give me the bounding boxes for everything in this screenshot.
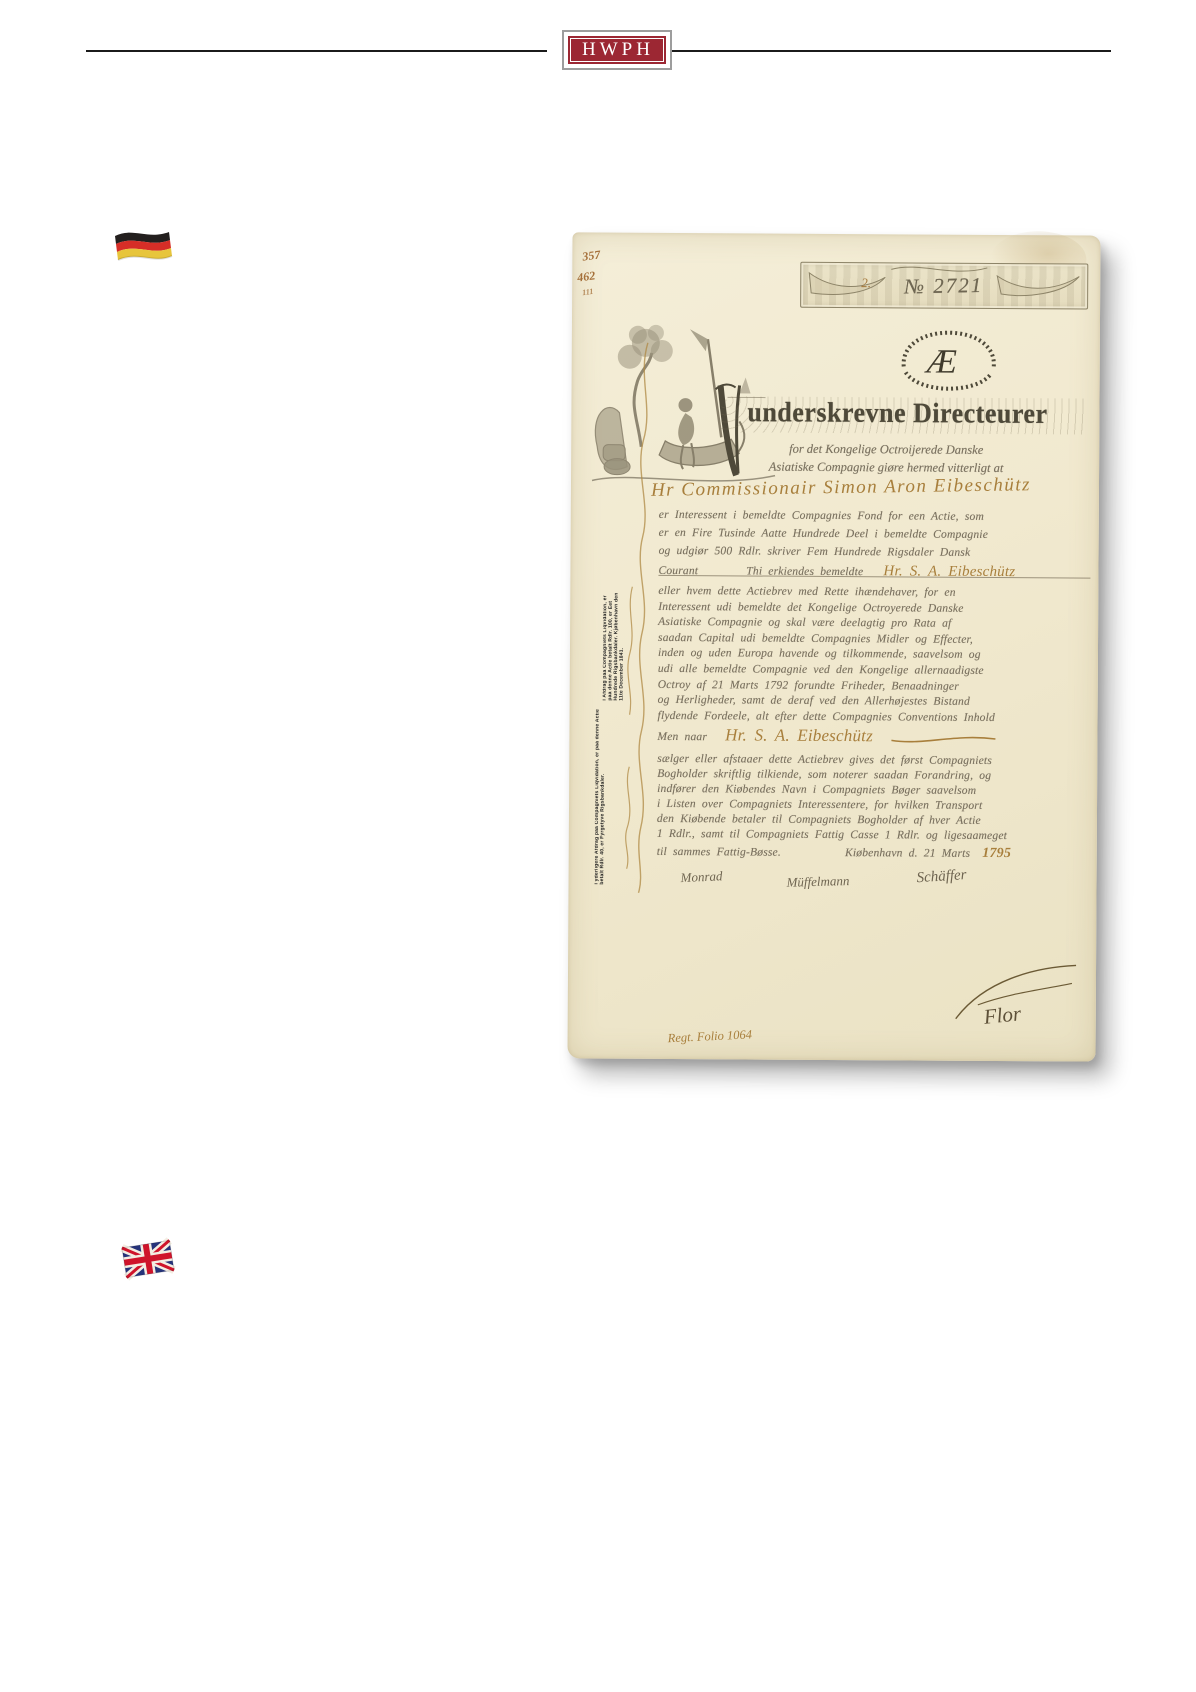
director-signature-3: Schäffer [916, 867, 967, 887]
body-line: den Kiøbende betaler til Compagniets Bog… [657, 813, 1089, 828]
body-line: indfører den Kiøbendes Navn i Compagniet… [657, 783, 1089, 798]
closing-place: Kiøbenhavn d. 21 Marts [845, 847, 970, 860]
body-line: eller hvem dette Actiebrev med Rette ihæ… [658, 585, 1090, 600]
certificate-title: underskrevne Directeurer [747, 396, 1047, 430]
german-flag-icon [110, 224, 174, 279]
monogram-letters: Æ [924, 344, 957, 381]
serial-banner: 2. № 2721 [800, 262, 1088, 310]
corner-number-1: 357 [581, 247, 601, 264]
men-naar-line: Men naar Hr. S. A. Eibeschütz [657, 725, 1089, 748]
body-line: er en Fire Tusinde Aatte Hundrede Deel i… [659, 527, 1091, 542]
registrar-signature-flor: Flor [950, 959, 1081, 1050]
body-line: Bogholder skriftlig tilkiende, som noter… [657, 768, 1089, 783]
flor-name: Flor [983, 1001, 1023, 1030]
body-line-courant: Courant Thi erkiendes bemeldte Hr. S. A.… [658, 562, 1090, 582]
closing-left: til sammes Fattig-Bøsse. [657, 846, 781, 859]
date-line: til sammes Fattig-Bøsse. Kiøbenhavn d. 2… [657, 844, 1089, 863]
margin-stamp-2: I yderligere Afdrag paa Compagniets Liqv… [595, 699, 622, 885]
closing-year: 1795 [982, 846, 1011, 861]
body-line: udi alle bemeldte Compagnie ved den Kong… [658, 663, 1090, 678]
body-line: og udgiør 500 Rdlr. skriver Fem Hundrede… [659, 545, 1091, 560]
men-naar-name: Hr. S. A. Eibeschütz [725, 725, 873, 745]
men-naar-prefix: Men naar [657, 731, 707, 743]
body-line: Asiatiske Compagnie og skal være deelagt… [658, 616, 1090, 631]
body-line: og Herligheder, samt de deraf ved den Al… [658, 694, 1090, 709]
corner-number-2: 462 [576, 268, 596, 285]
holder-name-line: Hr Commissionair Simon Aron Eibeschütz [651, 474, 1031, 502]
header-rule-left [86, 50, 547, 52]
banner-serial-number: № 2721 [904, 272, 984, 299]
body-line: Interessent udi bemeldte det Kongelige O… [658, 601, 1090, 616]
certificate-subtitle-1: for det Kongelige Octroijerede Danske [691, 441, 1081, 458]
union-jack-flag-icon [120, 1236, 176, 1287]
body-line: 1 Rdlr., samt til Compagniets Fattig Cas… [657, 828, 1089, 843]
body-line: er Interessent i bemeldte Compagnies Fon… [659, 509, 1091, 524]
hwph-logo: HWPH [562, 30, 672, 70]
director-signature-1: Monrad [680, 868, 723, 886]
margin-handwriting-script [620, 337, 659, 897]
handwritten-flourish [889, 732, 999, 747]
hwph-logo-text: HWPH [567, 35, 667, 65]
body-line: Octroy af 21 Marts 1792 forundte Frihede… [658, 679, 1090, 694]
director-signature-2: Müffelmann [786, 873, 849, 891]
certificate-image: 357 462 111 2. № 2721 Æ [567, 232, 1100, 1061]
header-rule-right [667, 50, 1111, 52]
laurel-wreath-monogram: Æ [894, 326, 1004, 393]
body-line: sælger eller afstaaer dette Actiebrev gi… [657, 753, 1089, 768]
body-line: saadan Capital udi bemeldte Compagnies M… [658, 632, 1090, 647]
body-line: inden og uden Europa havende og tilkomme… [658, 647, 1090, 662]
body-line: flydende Fordeele, alt efter dette Compa… [658, 710, 1090, 725]
folio-note: Regt. Folio 1064 [667, 1027, 752, 1046]
banner-handwritten-number: 2. [861, 275, 871, 291]
body-line: i Listen over Compagniets Interessentere… [657, 798, 1089, 813]
